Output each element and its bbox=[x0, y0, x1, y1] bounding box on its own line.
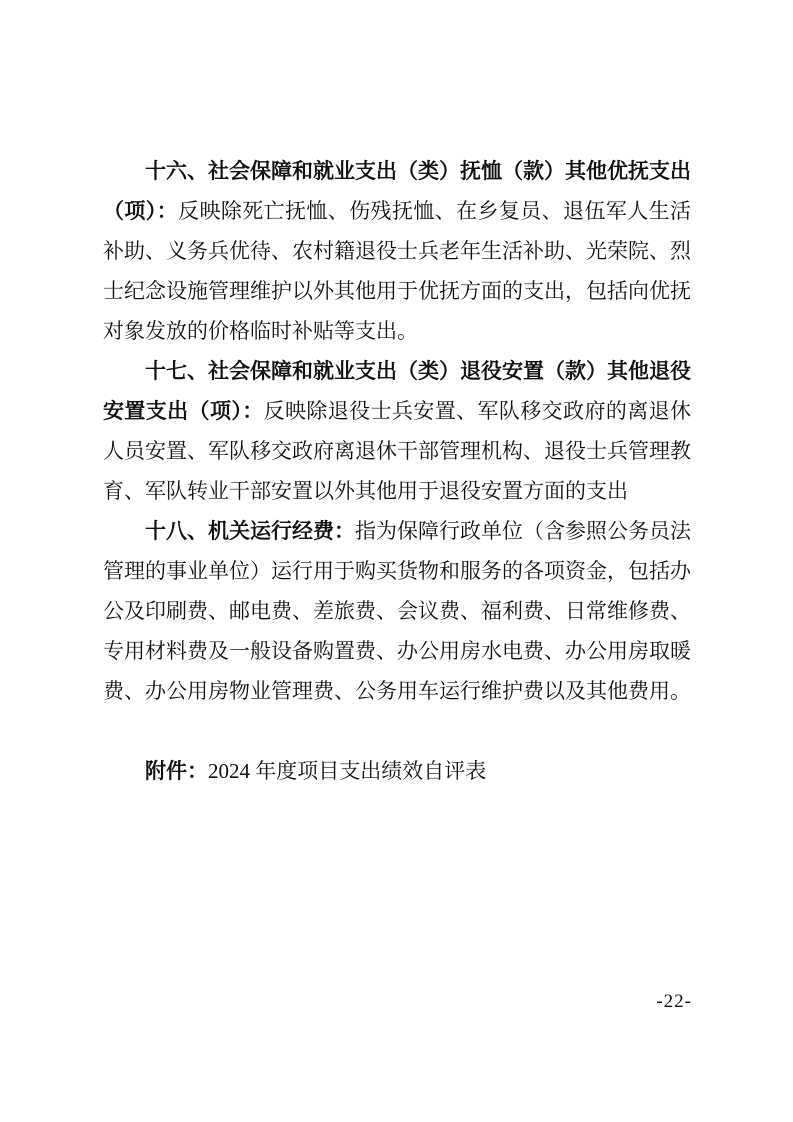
paragraph-18-term: 十八、机关运行经费： bbox=[145, 519, 355, 543]
document-body: 十六、社会保障和就业支出（类）抚恤（款）其他优抚支出（项）：反映除死亡抚恤、伤残… bbox=[103, 151, 691, 791]
paragraph-item-18: 十八、机关运行经费：指为保障行政单位（含参照公务员法管理的事业单位）运行用于购买… bbox=[103, 511, 691, 711]
attachment-label: 附件： bbox=[145, 759, 208, 783]
paragraph-18-definition: 指为保障行政单位（含参照公务员法管理的事业单位）运行用于购买货物和服务的各项资金… bbox=[103, 519, 691, 703]
paragraph-16-definition: 反映除死亡抚恤、伤残抚恤、在乡复员、退伍军人生活补助、义务兵优待、农村籍退役士兵… bbox=[103, 199, 691, 343]
paragraph-item-16: 十六、社会保障和就业支出（类）抚恤（款）其他优抚支出（项）：反映除死亡抚恤、伤残… bbox=[103, 151, 691, 351]
document-page: 十六、社会保障和就业支出（类）抚恤（款）其他优抚支出（项）：反映除死亡抚恤、伤残… bbox=[0, 0, 793, 1122]
attachment-title: 2024 年度项目支出绩效自评表 bbox=[208, 759, 486, 783]
paragraph-item-17: 十七、社会保障和就业支出（类）退役安置（款）其他退役安置支出（项）：反映除退役士… bbox=[103, 351, 691, 511]
attachment-line: 附件：2024 年度项目支出绩效自评表 bbox=[103, 751, 691, 791]
page-number: -22- bbox=[656, 991, 692, 1013]
